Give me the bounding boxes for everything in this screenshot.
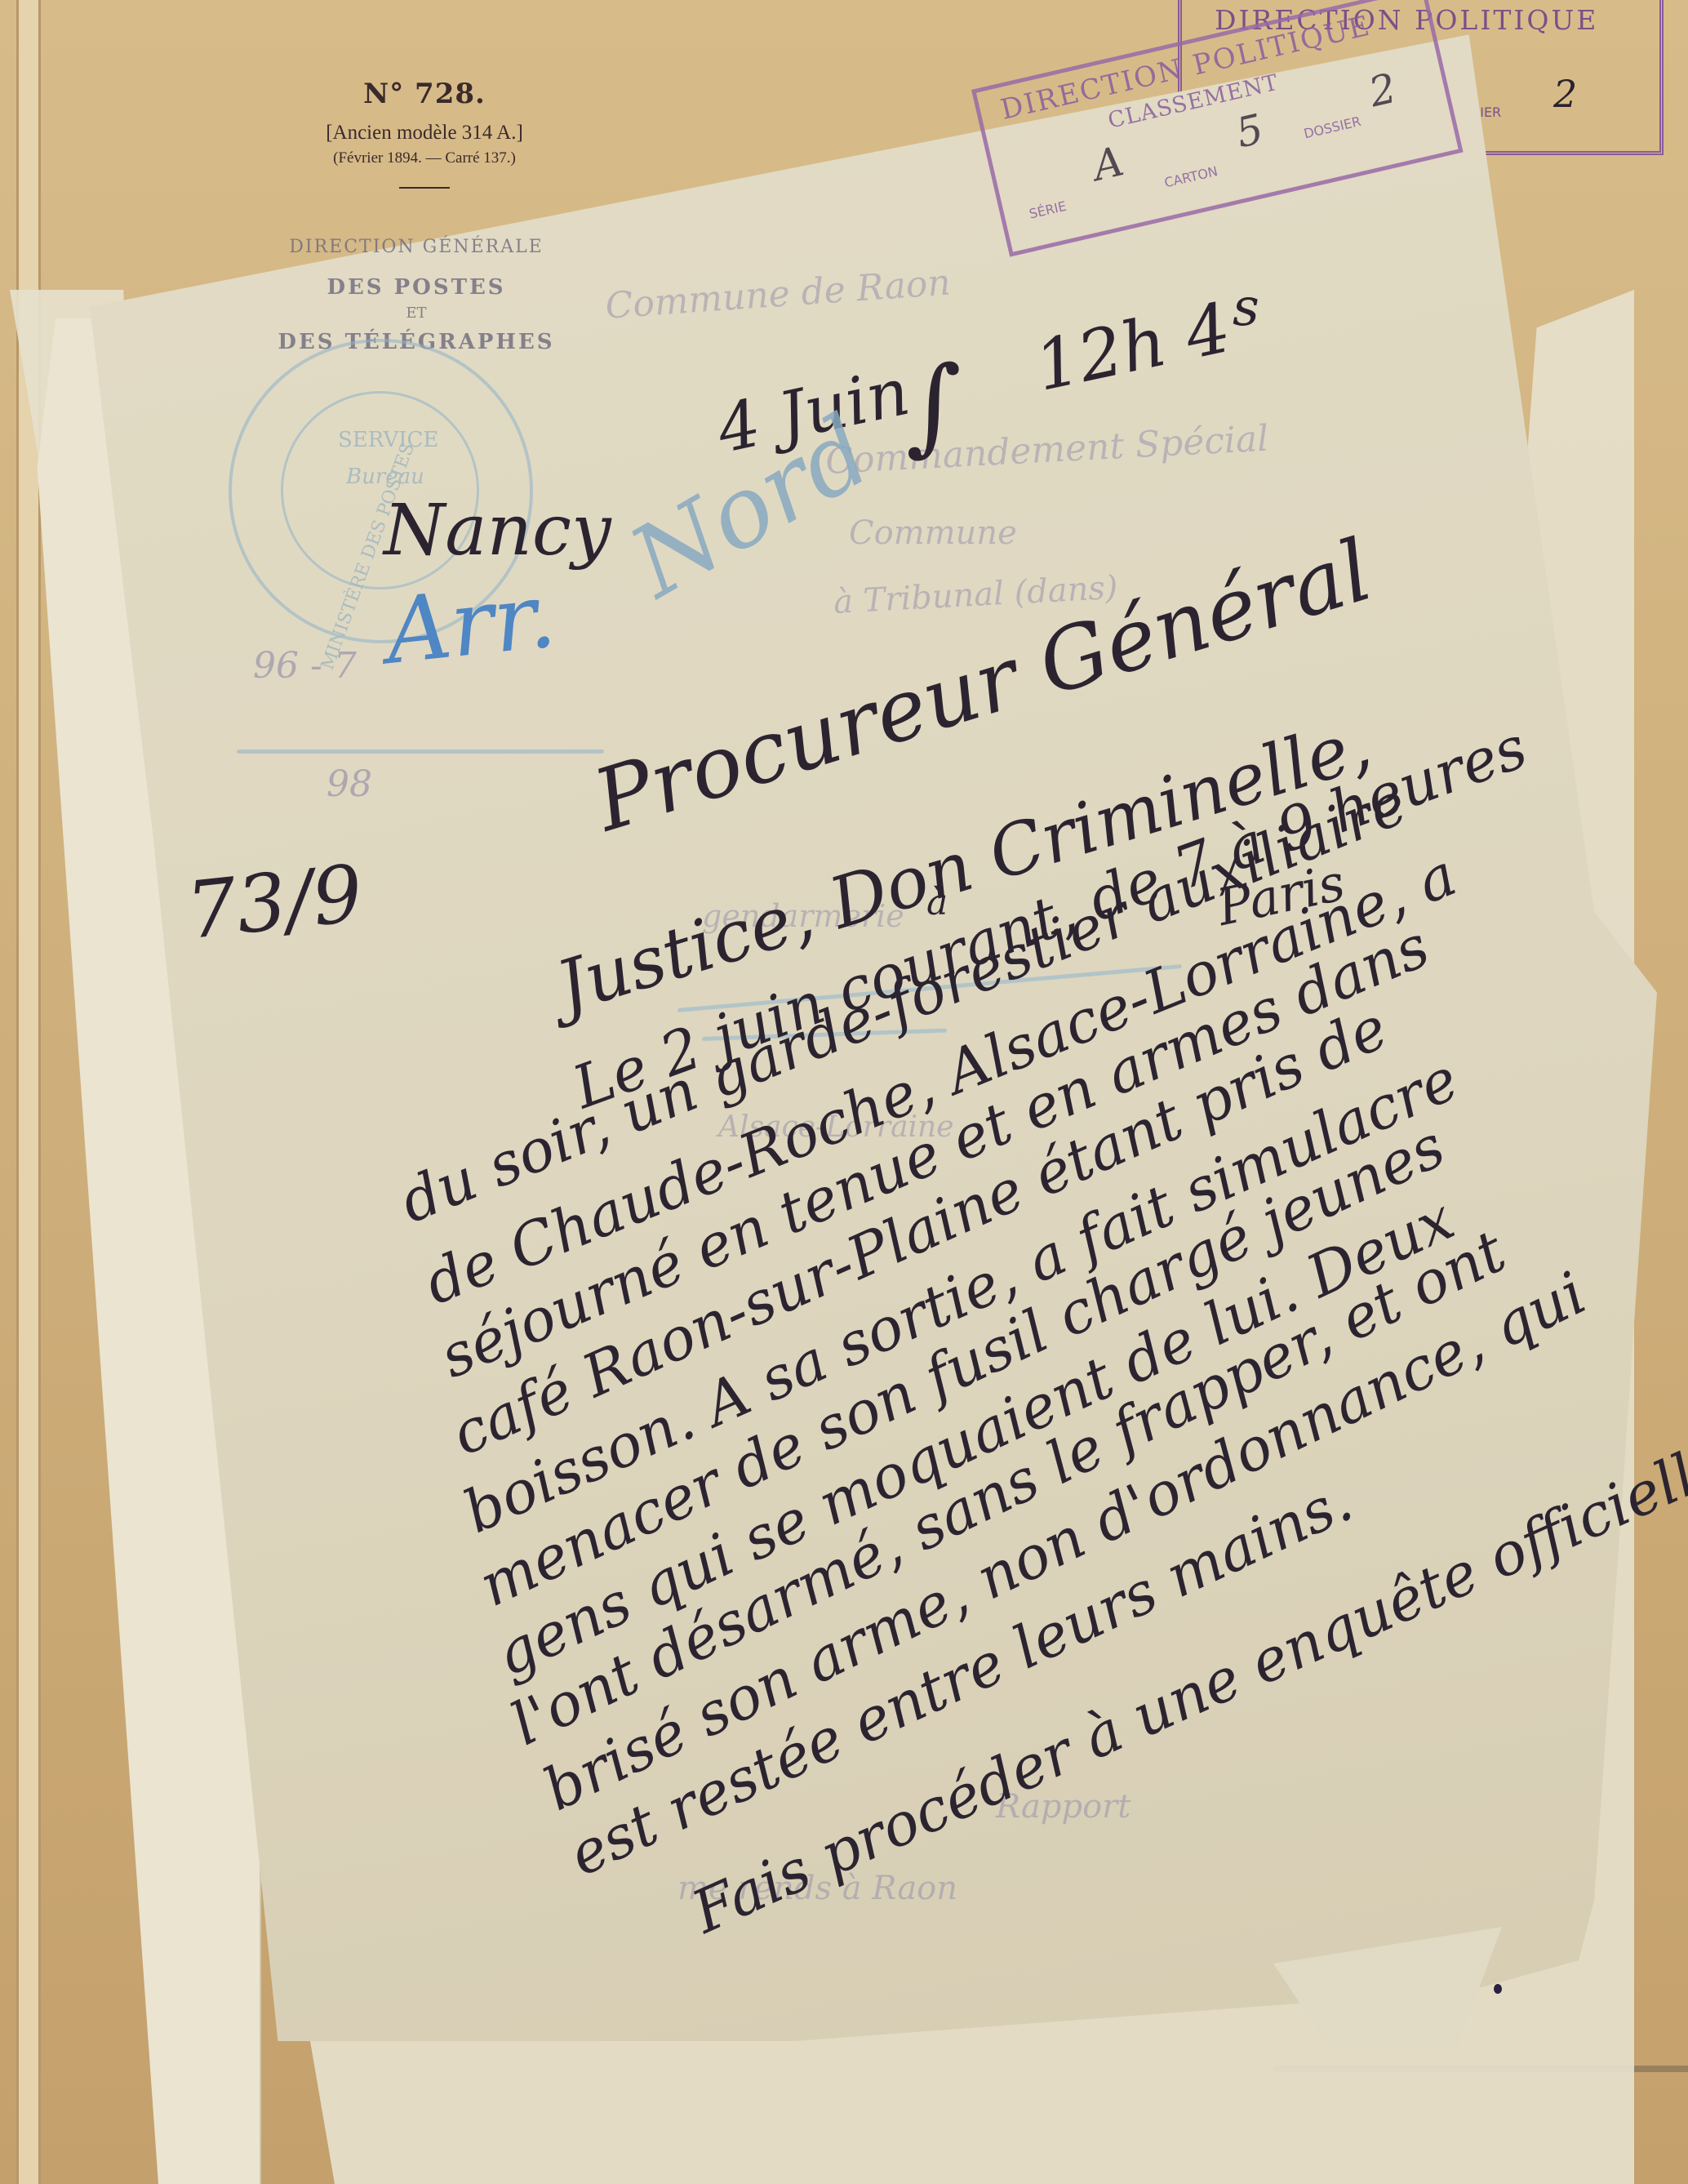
letterhead-line-1: DIRECTION GÉNÉRALE <box>245 237 588 257</box>
faint-number: 96 - 7 <box>253 645 357 687</box>
form-number: N° 728. <box>245 78 604 110</box>
postmark-center-line-2: Bureau <box>346 465 424 489</box>
stamp-front-serie-label: SÉRIE <box>1028 198 1068 222</box>
form-model: [Ancien modèle 314 A.] <box>245 122 604 145</box>
letterhead-line-3: ET <box>245 305 588 322</box>
letterhead: DIRECTION GÉNÉRALE DES POSTES ET DES TÉL… <box>245 237 588 354</box>
ghost-text: Commune <box>849 514 1017 552</box>
pencil-underline <box>237 749 604 754</box>
reference-number: 73/9 <box>182 847 366 957</box>
letterhead-line-2: DES POSTES <box>245 275 588 300</box>
form-rule-divider <box>399 187 450 189</box>
stamp-front-carton-value: 5 <box>1232 105 1268 158</box>
stamp-front-dossier-value: 2 <box>1365 64 1401 117</box>
date-time-separator: ∫ <box>906 343 962 467</box>
stamp-front-carton-label: CARTON <box>1163 163 1219 190</box>
stamp-back-dossier-value: 2 <box>1553 72 1577 116</box>
form-header: N° 728. [Ancien modèle 314 A.] (Février … <box>245 78 604 189</box>
origin-city: Nancy <box>384 490 611 572</box>
telegram-time-suffix: s <box>1233 278 1259 338</box>
faint-number: 98 <box>326 763 372 805</box>
ink-dot <box>1494 1984 1502 1994</box>
postmark-center-line-1: SERVICE <box>338 428 438 452</box>
blue-pencil-annotation: Arr. <box>381 563 561 684</box>
form-date-line: (Février 1894. — Carré 137.) <box>245 149 604 167</box>
stamp-front-serie-value: A <box>1089 137 1128 190</box>
stamp-front-dossier-label: DOSSIER <box>1303 113 1363 142</box>
